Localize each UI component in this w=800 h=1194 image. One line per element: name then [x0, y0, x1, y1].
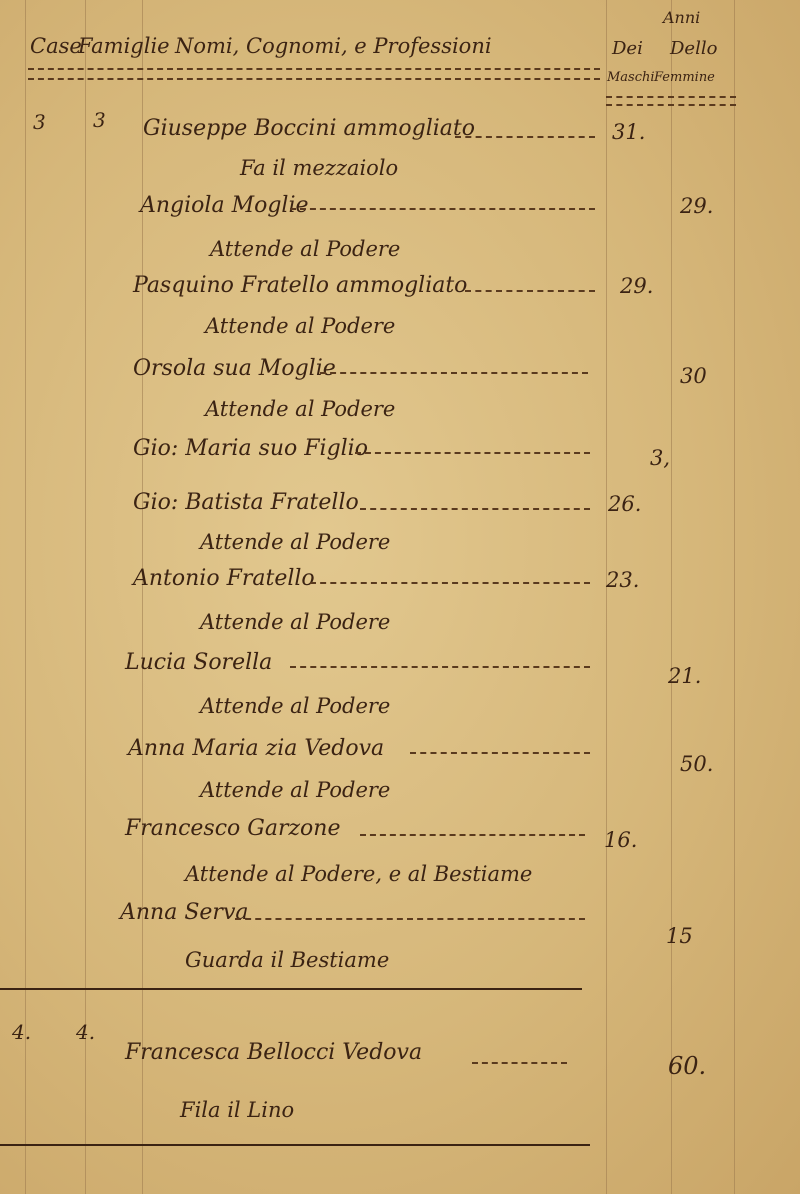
column-rule-right — [734, 0, 735, 1194]
leader-dashes — [410, 752, 590, 754]
leader-dashes — [320, 372, 588, 374]
famiglia-number: 4. — [76, 1020, 95, 1044]
age-female: 30 — [680, 364, 707, 388]
age-male: 26. — [608, 492, 641, 516]
age-male: 29. — [620, 274, 653, 298]
column-rule-famiglie — [85, 0, 86, 1194]
entry-name: Pasquino Fratello ammogliato — [133, 273, 467, 298]
age-female: 50. — [680, 752, 713, 776]
header-rule-4 — [606, 104, 736, 106]
entry-occupation: Guarda il Bestiame — [185, 948, 389, 972]
leader-dashes — [360, 508, 590, 510]
header-dei: Dei — [612, 38, 643, 59]
section-divider — [0, 988, 582, 990]
age-male: 3, — [650, 446, 670, 470]
entry-occupation: Fa il mezzaiolo — [240, 156, 398, 180]
header-nomi: Nomi, Cognomi, e Professioni — [175, 34, 492, 58]
header-delle: Dello — [670, 38, 717, 59]
column-rule-femmine — [671, 0, 672, 1194]
entry-name: Anna Serva — [120, 900, 249, 925]
entry-occupation: Attende al Podere — [200, 610, 390, 634]
entry-name: Lucia Sorella — [125, 650, 272, 675]
famiglia-number: 3 — [93, 108, 106, 132]
age-male: 31. — [612, 120, 645, 144]
section-divider — [0, 1144, 590, 1146]
age-female: 21. — [668, 664, 701, 688]
entry-name: Francesca Bellocci Vedova — [125, 1040, 422, 1065]
column-rule-case — [25, 0, 26, 1194]
entry-name: Gio: Maria suo Figlio — [133, 436, 368, 461]
header-rule-3 — [606, 96, 736, 98]
entry-occupation: Attende al Podere — [200, 778, 390, 802]
entry-occupation: Attende al Podere — [200, 530, 390, 554]
entry-name: Gio: Batista Fratello — [133, 490, 359, 515]
entry-occupation: Attende al Podere — [205, 314, 395, 338]
entry-occupation: Fila il Lino — [180, 1098, 294, 1122]
casa-number: 3 — [33, 110, 46, 134]
header-rule-2 — [28, 78, 600, 80]
header-maschi: Maschi — [607, 70, 655, 85]
entry-name: Antonio Fratello — [133, 566, 315, 591]
header-rule-1 — [28, 68, 600, 70]
casa-number: 4. — [12, 1020, 31, 1044]
age-male: 23. — [606, 568, 639, 592]
header-femmine: Femmine — [654, 70, 715, 85]
leader-dashes — [360, 834, 585, 836]
age-female: 60. — [668, 1052, 706, 1080]
entry-occupation: Attende al Podere — [205, 397, 395, 421]
entry-name: Francesco Garzone — [125, 816, 341, 841]
leader-dashes — [290, 208, 595, 210]
column-rule-maschi — [606, 0, 607, 1194]
leader-dashes — [235, 918, 585, 920]
age-male: 16. — [604, 828, 637, 852]
entry-occupation: Attende al Podere — [210, 237, 400, 261]
entry-name: Giuseppe Boccini ammogliato — [143, 116, 475, 141]
leader-dashes — [455, 136, 595, 138]
entry-name: Angiola Moglie — [140, 193, 309, 218]
age-female: 15 — [666, 924, 693, 948]
entry-name: Orsola sua Moglie — [133, 356, 336, 381]
leader-dashes — [290, 666, 590, 668]
leader-dashes — [472, 1062, 567, 1064]
header-case: Case — [30, 34, 82, 58]
entry-occupation: Attende al Podere — [200, 694, 390, 718]
leader-dashes — [355, 452, 590, 454]
entry-name: Anna Maria zia Vedova — [128, 736, 384, 761]
column-rule-nomi — [142, 0, 143, 1194]
leader-dashes — [310, 582, 590, 584]
leader-dashes — [465, 290, 595, 292]
header-famiglie: Famiglie — [78, 34, 170, 58]
entry-occupation: Attende al Podere, e al Bestiame — [185, 862, 532, 886]
header-anni: Anni — [663, 8, 700, 27]
age-female: 29. — [680, 194, 713, 218]
